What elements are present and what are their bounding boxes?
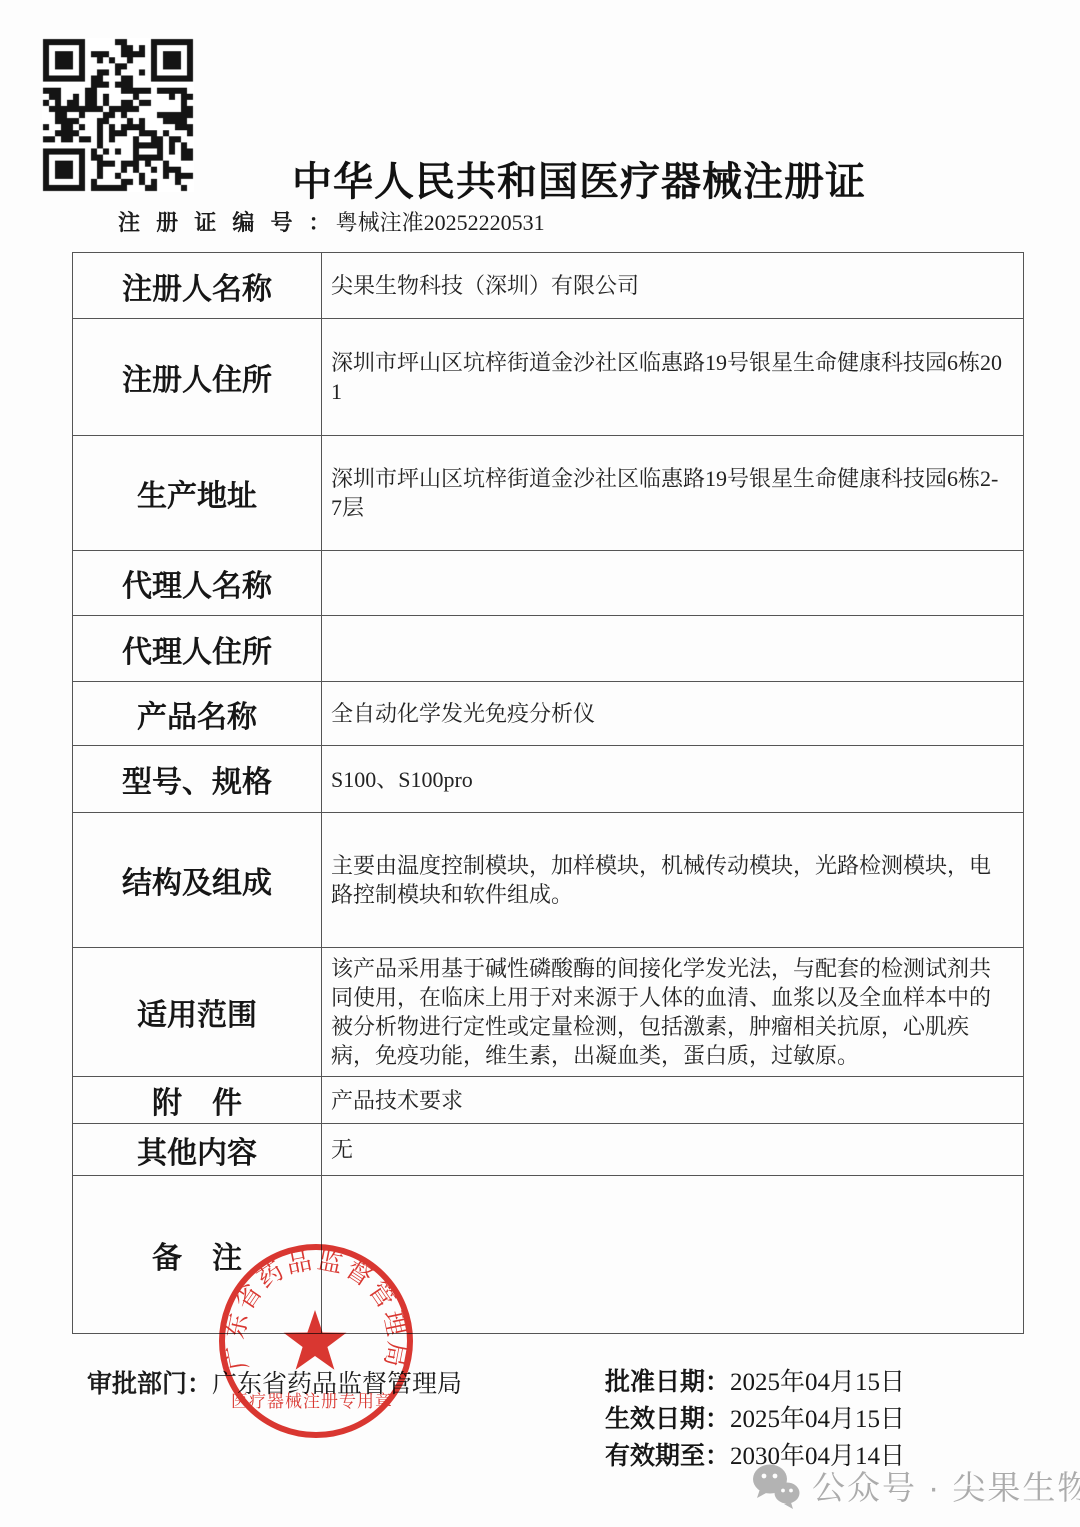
row-value: 全自动化学发光免疫分析仪 xyxy=(322,682,1023,745)
row-label: 型号、规格 xyxy=(73,746,322,812)
row-label: 其他内容 xyxy=(73,1124,322,1175)
effective-date-label: 生效日期： xyxy=(605,1405,730,1433)
approval-date-label: 批准日期： xyxy=(605,1368,730,1396)
row-value xyxy=(322,1176,1023,1333)
approval-date-line: 批准日期：2025年04月15日 xyxy=(605,1362,905,1399)
registration-number-line: 注 册 证 编 号 ：粤械注准20252220531 xyxy=(118,206,545,237)
row-label: 备 注 xyxy=(73,1176,322,1333)
approval-date-value: 2025年04月15日 xyxy=(730,1369,905,1396)
wechat-watermark: 公众号 · 尖果生物 xyxy=(750,1462,1080,1509)
row-value: 尖果生物科技（深圳）有限公司 xyxy=(322,253,1023,318)
table-row: 注册人名称 尖果生物科技（深圳）有限公司 xyxy=(73,253,1023,319)
table-row: 备 注 xyxy=(73,1176,1023,1333)
dates-block: 批准日期：2025年04月15日 生效日期：2025年04月15日 有效期至：2… xyxy=(605,1362,905,1473)
table-row: 代理人名称 xyxy=(73,551,1023,616)
row-label: 注册人名称 xyxy=(73,253,322,318)
row-label: 生产地址 xyxy=(73,436,322,550)
table-row: 产品名称 全自动化学发光免疫分析仪 xyxy=(73,682,1023,746)
certificate-page: 中华人民共和国医疗器械注册证 注 册 证 编 号 ：粤械注准2025222053… xyxy=(0,0,1080,1527)
effective-date-value: 2025年04月15日 xyxy=(730,1406,905,1433)
expiry-date-label: 有效期至： xyxy=(605,1442,730,1470)
row-value: 产品技术要求 xyxy=(322,1077,1023,1123)
row-value: S100、S100pro xyxy=(322,746,1023,812)
row-label: 代理人名称 xyxy=(73,551,322,615)
row-label: 注册人住所 xyxy=(73,319,322,435)
table-row: 注册人住所 深圳市坪山区坑梓街道金沙社区临惠路19号银星生命健康科技园6栋201 xyxy=(73,319,1023,436)
table-row: 适用范围 该产品采用基于碱性磷酸酶的间接化学发光法，与配套的检测试剂共同使用，在… xyxy=(73,948,1023,1077)
row-value: 深圳市坪山区坑梓街道金沙社区临惠路19号银星生命健康科技园6栋2-7层 xyxy=(322,436,1023,550)
table-row: 其他内容 无 xyxy=(73,1124,1023,1176)
row-value xyxy=(322,551,1023,615)
table-row: 结构及组成 主要由温度控制模块，加样模块，机械传动模块，光路检测模块，电路控制模… xyxy=(73,813,1023,948)
row-label: 适用范围 xyxy=(73,948,322,1076)
qr-code xyxy=(42,38,194,192)
table-row: 附 件 产品技术要求 xyxy=(73,1077,1023,1124)
row-label: 附 件 xyxy=(73,1077,322,1123)
page-title: 中华人民共和国医疗器械注册证 xyxy=(292,150,866,207)
table-row: 生产地址 深圳市坪山区坑梓街道金沙社区临惠路19号银星生命健康科技园6栋2-7层 xyxy=(73,436,1023,551)
row-label: 代理人住所 xyxy=(73,616,322,681)
row-value: 该产品采用基于碱性磷酸酶的间接化学发光法，与配套的检测试剂共同使用，在临床上用于… xyxy=(322,948,1023,1076)
certificate-table: 注册人名称 尖果生物科技（深圳）有限公司 注册人住所 深圳市坪山区坑梓街道金沙社… xyxy=(72,252,1024,1334)
row-value: 主要由温度控制模块，加样模块，机械传动模块，光路检测模块，电路控制模块和软件组成… xyxy=(322,813,1023,947)
row-value xyxy=(322,616,1023,681)
effective-date-line: 生效日期：2025年04月15日 xyxy=(605,1399,905,1436)
approval-department-label: 审批部门： xyxy=(87,1370,212,1398)
watermark-text: 公众号 · 尖果生物 xyxy=(812,1462,1080,1509)
registration-number-value: 粤械注准20252220531 xyxy=(336,210,545,235)
registration-number-label: 注 册 证 编 号 ： xyxy=(118,210,336,235)
approval-department-line: 审批部门：广东省药品监督管理局 xyxy=(87,1364,462,1400)
table-row: 型号、规格 S100、S100pro xyxy=(73,746,1023,813)
wechat-icon xyxy=(750,1463,802,1509)
approval-department-value: 广东省药品监督管理局 xyxy=(212,1371,462,1398)
row-label: 结构及组成 xyxy=(73,813,322,947)
row-label: 产品名称 xyxy=(73,682,322,745)
row-value: 无 xyxy=(322,1124,1023,1175)
row-value: 深圳市坪山区坑梓街道金沙社区临惠路19号银星生命健康科技园6栋201 xyxy=(322,319,1023,435)
table-row: 代理人住所 xyxy=(73,616,1023,682)
